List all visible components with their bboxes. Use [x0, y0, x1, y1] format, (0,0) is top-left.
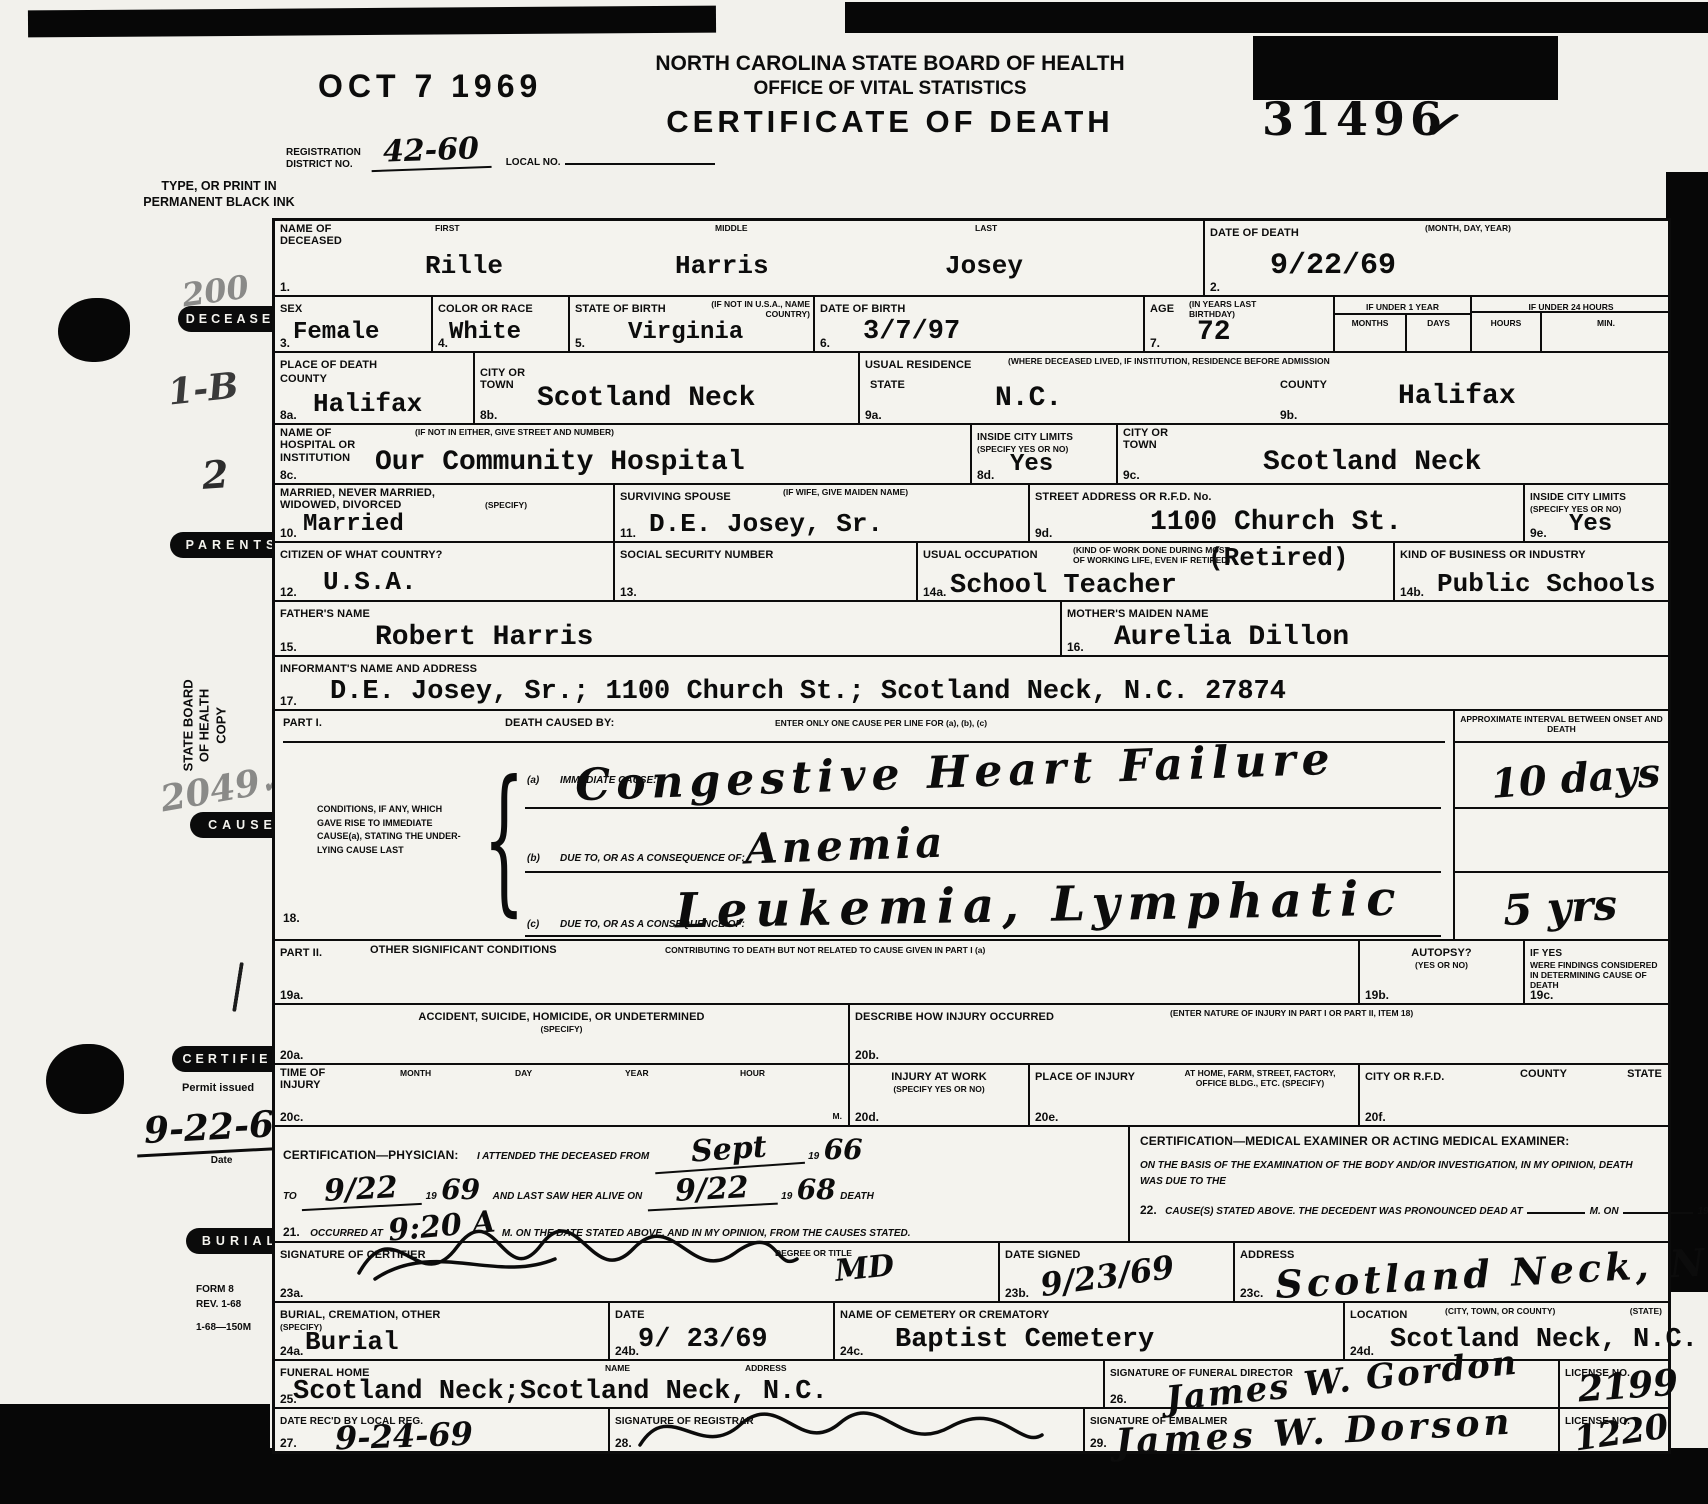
type-note: TYPE, OR PRINT IN PERMANENT BLACK INK — [138, 178, 300, 211]
field-mother-name: MOTHER'S MAIDEN NAME Aurelia Dillon 16. — [1060, 602, 1668, 655]
field-autopsy-findings: IF YES WERE FINDINGS CONSIDERED IN DETER… — [1523, 941, 1668, 1003]
certificate-form: NAME OF DECEASED FIRST MIDDLE LAST Rille… — [272, 218, 1671, 1454]
street-address-value: 1100 Church St. — [1150, 507, 1402, 538]
registrar-signature — [630, 1409, 1050, 1453]
conditions-note: CONDITIONS, IF ANY, WHICH GAVE RISE TO I… — [317, 803, 469, 857]
field-inside-city-limits-death: INSIDE CITY LIMITS (SPECIFY YES OR NO) Y… — [970, 425, 1116, 483]
field-residence-state: USUAL RESIDENCE (WHERE DECEASED LIVED, I… — [858, 353, 1238, 423]
citizen-value: U.S.A. — [323, 567, 417, 597]
scan-bar-top-right — [845, 2, 1708, 33]
pencil-2: 2 — [200, 451, 230, 498]
org-office: OFFICE OF VITAL STATISTICS — [560, 78, 1220, 100]
name-middle-value: Harris — [675, 251, 769, 281]
field-inside-city-limits-residence: INSIDE CITY LIMITS (SPECIFY YES OR NO) Y… — [1523, 485, 1668, 541]
field-time-of-injury: TIME OF INJURY MONTH DAY YEAR HOUR M. 20… — [275, 1065, 848, 1125]
section-part2: PART II. OTHER SIGNIFICANT CONDITIONS CO… — [275, 941, 1358, 1003]
field-place-of-injury: PLACE OF INJURY AT HOME, FARM, STREET, F… — [1028, 1065, 1358, 1125]
hole-punch-bottom — [46, 1044, 124, 1114]
attended-from-year: 66 — [824, 1133, 863, 1166]
scan-strip-right — [1666, 172, 1708, 1292]
field-director-license: LICENSE NO. 2199 — [1558, 1361, 1668, 1407]
marital-status-value: Married — [303, 511, 404, 538]
field-embalmer-signature: SIGNATURE OF EMBALMER James W. Dorson 29… — [1083, 1409, 1558, 1451]
registration-label: REGISTRATION — [286, 147, 361, 159]
burial-date-value: 9/ 23/69 — [638, 1325, 768, 1355]
date-received-value: 9-24-69 — [334, 1415, 473, 1458]
death-county-value: Halifax — [313, 389, 422, 419]
death-city-value: Scotland Neck — [537, 383, 755, 414]
field-surviving-spouse: SURVIVING SPOUSE (IF WIFE, GIVE MAIDEN N… — [613, 485, 1028, 541]
hospital-value: Our Community Hospital — [375, 447, 745, 478]
field-residence-county: COUNTY Halifax 9b. — [1238, 353, 1668, 423]
field-name-of-deceased: NAME OF DECEASED FIRST MIDDLE LAST Rille… — [275, 221, 1203, 295]
field-date-received: DATE REC'D BY LOCAL REG. 9-24-69 27. — [275, 1409, 608, 1451]
cemetery-value: Baptist Cemetery — [895, 1325, 1154, 1355]
section-part1: PART I. DEATH CAUSED BY: ENTER ONLY ONE … — [275, 711, 1453, 939]
date-of-death-value: 9/22/69 — [1270, 249, 1396, 283]
form-number: FORM 8 REV. 1-68 1-68—150M — [196, 1282, 251, 1335]
certifier-signature — [345, 1229, 805, 1289]
inside-city-limits-death-value: Yes — [1010, 451, 1053, 478]
copy-designation: STATE BOARD OF HEALTH COPY — [181, 679, 230, 771]
hole-punch-top — [58, 298, 130, 362]
field-color-or-race: COLOR OR RACE White 4. — [431, 297, 568, 351]
state-of-birth-value: Virginia — [628, 319, 743, 346]
informant-value: D.E. Josey, Sr.; 1100 Church St.; Scotla… — [330, 677, 1286, 707]
father-name-value: Robert Harris — [375, 622, 593, 653]
embalmer-signature-value: James W. Dorson — [1114, 1401, 1514, 1464]
field-funeral-director-signature: SIGNATURE OF FUNERAL DIRECTOR James W. G… — [1103, 1361, 1558, 1407]
checkmark: ✓ — [1419, 98, 1461, 151]
burial-type-value: Burial — [305, 1327, 399, 1357]
field-injury-location: CITY OR R.F.D. COUNTY STATE 20f. — [1358, 1065, 1668, 1125]
field-informant: INFORMANT'S NAME AND ADDRESS D.E. Josey,… — [275, 657, 1668, 709]
last-alive-year: 68 — [797, 1173, 836, 1206]
registration-district-value: 42-60 — [371, 131, 492, 172]
death-certificate-scan: OCT 7 1969 NORTH CAROLINA STATE BOARD OF… — [0, 0, 1708, 1504]
surviving-spouse-value: D.E. Josey, Sr. — [649, 509, 883, 539]
field-date-signed: DATE SIGNED 9/23/69 23b. — [998, 1243, 1233, 1301]
pencil-stroke — [232, 962, 244, 1012]
field-marital-status: MARRIED, NEVER MARRIED, WIDOWED, DIVORCE… — [275, 485, 613, 541]
section-certification-physician: CERTIFICATION—PHYSICIAN: I ATTENDED THE … — [275, 1127, 1128, 1241]
occupation-value: School Teacher — [950, 571, 1177, 601]
field-date-of-death: DATE OF DEATH (MONTH, DAY, YEAR) 9/22/69… — [1203, 221, 1668, 295]
field-autopsy: AUTOPSY? (YES OR NO) 19b. — [1358, 941, 1523, 1003]
sex-value: Female — [293, 319, 379, 346]
name-first-value: Rille — [425, 251, 503, 281]
field-age: AGE (IN YEARS LAST BIRTHDAY) 72 7. — [1143, 297, 1333, 351]
occupation-retired-value: (Retired) — [1208, 543, 1348, 573]
residence-county-value: Halifax — [1398, 381, 1516, 412]
section-certification-medical-examiner: CERTIFICATION—MEDICAL EXAMINER OR ACTING… — [1128, 1127, 1668, 1241]
race-value: White — [449, 319, 521, 346]
attended-to-year: 69 — [441, 1173, 480, 1206]
org-name: NORTH CAROLINA STATE BOARD OF HEALTH — [560, 52, 1220, 76]
field-street-address: STREET ADDRESS OR R.F.D. No. 1100 Church… — [1028, 485, 1523, 541]
field-place-of-death-city: CITY OR TOWN Scotland Neck 8b. — [473, 353, 858, 423]
field-business: KIND OF BUSINESS OR INDUSTRY Public Scho… — [1393, 543, 1668, 600]
field-burial-type: BURIAL, CREMATION, OTHER (SPECIFY) Buria… — [275, 1303, 608, 1359]
attended-from-value: Sept — [653, 1130, 805, 1174]
scan-bar-top-left — [28, 6, 716, 38]
field-ssn: SOCIAL SECURITY NUMBER 13. — [613, 543, 916, 600]
field-occupation: USUAL OCCUPATION (KIND OF WORK DONE DURI… — [916, 543, 1393, 600]
residence-state-value: N.C. — [995, 383, 1062, 414]
field-sex: SEX Female 3. — [275, 297, 431, 351]
immediate-cause-value: Congestive Heart Failure — [574, 734, 1336, 812]
pencil-1b: 1-B — [166, 364, 240, 413]
field-injury-at-work: INJURY AT WORK (SPECIFY YES OR NO) 20d. — [848, 1065, 1028, 1125]
mother-name-value: Aurelia Dillon — [1114, 622, 1349, 653]
due-to-b-value: Anemia — [744, 817, 947, 873]
residence-town-value: Scotland Neck — [1263, 447, 1481, 478]
scan-block-top-right — [1253, 36, 1558, 100]
certifier-address-value: Scotland Neck, N.C. — [1274, 1236, 1708, 1307]
field-embalmer-license: LICENSE NO. 1220 — [1558, 1409, 1668, 1451]
conditions-brace: { — [483, 747, 525, 932]
field-father-name: FATHER'S NAME Robert Harris 15. — [275, 602, 1060, 655]
director-license-value: 2199 — [1577, 1362, 1680, 1411]
date-of-birth-value: 3/7/97 — [863, 317, 960, 347]
field-if-under: IF UNDER 1 YEAR IF UNDER 24 HOURS MONTHS… — [1333, 297, 1668, 351]
field-burial-date: DATE 9/ 23/69 24b. — [608, 1303, 833, 1359]
interval-a-value: 10 days — [1490, 749, 1662, 808]
field-cemetery: NAME OF CEMETERY OR CREMATORY Baptist Ce… — [833, 1303, 1343, 1359]
last-alive-value: 9/22 — [646, 1171, 778, 1212]
field-date-of-birth: DATE OF BIRTH 3/7/97 6. — [813, 297, 1143, 351]
due-to-c-value: Leukemia, Lymphatic — [675, 871, 1404, 940]
field-place-of-death-county: PLACE OF DEATH COUNTY Halifax 8a. — [275, 353, 473, 423]
local-no-label: LOCAL NO. — [506, 157, 561, 168]
field-state-of-birth: STATE OF BIRTH (IF NOT IN U.S.A., NAME C… — [568, 297, 813, 351]
date-received-stamp: OCT 7 1969 — [318, 68, 542, 105]
field-certifier-address: ADDRESS Scotland Neck, N.C. 23c. — [1233, 1243, 1668, 1301]
inside-city-limits-residence-value: Yes — [1569, 511, 1612, 538]
age-value: 72 — [1197, 317, 1231, 348]
field-citizen: CITIZEN OF WHAT COUNTRY? U.S.A. 12. — [275, 543, 613, 600]
name-last-value: Josey — [945, 251, 1023, 281]
field-residence-town: CITY OR TOWN Scotland Neck 9c. — [1116, 425, 1668, 483]
field-signature-of-certifier: SIGNATURE OF CERTIFIER DEGREE OR TITLE M… — [275, 1243, 998, 1301]
field-registrar-signature: SIGNATURE OF REGISTRAR 28. — [608, 1409, 1083, 1451]
funeral-home-value: Scotland Neck;Scotland Neck, N.C. — [293, 1377, 828, 1407]
scan-band-bottom-left — [0, 1404, 270, 1504]
field-how-injury-occurred: DESCRIBE HOW INJURY OCCURRED (ENTER NATU… — [848, 1005, 1668, 1063]
field-accident-suicide: ACCIDENT, SUICIDE, HOMICIDE, OR UNDETERM… — [275, 1005, 848, 1063]
field-hospital: NAME OF HOSPITAL OR INSTITUTION (IF NOT … — [275, 425, 970, 483]
certifier-degree-value: MD — [833, 1248, 896, 1289]
permit-issued-label: Permit issued — [182, 1082, 254, 1095]
embalmer-license-value: 1220 — [1572, 1407, 1671, 1460]
column-interval: APPROXIMATE INTERVAL BETWEEN ONSET AND D… — [1453, 711, 1668, 939]
local-no-blank — [565, 149, 715, 165]
interval-c-value: 5 yrs — [1502, 880, 1618, 935]
business-value: Public Schools — [1437, 569, 1655, 599]
field-funeral-home: FUNERAL HOME NAME ADDRESS Scotland Neck;… — [275, 1361, 1103, 1407]
attended-to-value: 9/22 — [300, 1171, 422, 1211]
